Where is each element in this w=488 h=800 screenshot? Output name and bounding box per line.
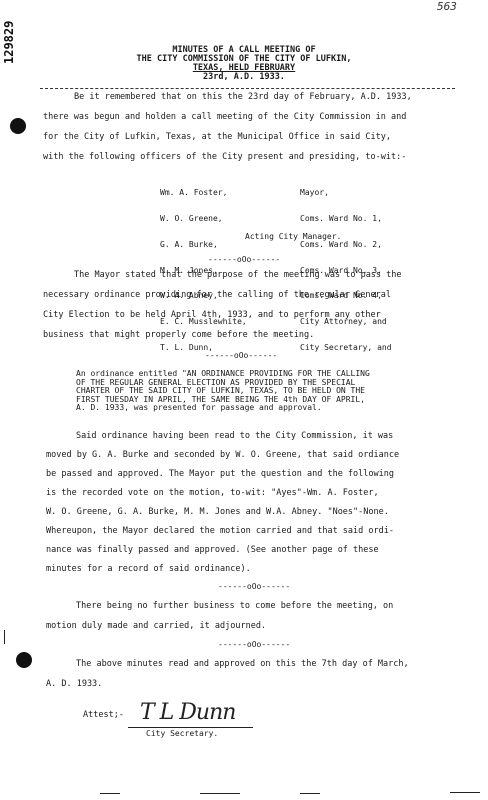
punch-hole-top [10, 118, 26, 134]
vote-line-6: Whereupon, the Mayor declared the motion… [46, 526, 394, 536]
scan-artifact [100, 793, 120, 794]
signature-line [128, 727, 253, 728]
roster-role: Mayor, [300, 189, 392, 198]
vote-line-4: is the recorded vote on the motion, to-w… [46, 488, 379, 498]
purpose-line-4: business that might properly come before… [43, 330, 314, 340]
vote-line-2: moved by G. A. Burke and seconded by W. … [46, 450, 399, 460]
opening-line-1: Be it remembered that on this the 23rd d… [74, 92, 412, 102]
vote-line-7: nance was finally passed and approved. (… [46, 545, 379, 555]
title-line-4: 23rd, A.D. 1933. [0, 73, 488, 82]
roster-role: Coms. Ward No. 2, [300, 241, 392, 250]
ordinance-line: A. D. 1933, was presented for passage an… [76, 404, 370, 413]
separator-2: ------oOo------ [205, 351, 277, 360]
punch-hole-bottom [16, 652, 32, 668]
secretary-signature: T L Dunn [140, 700, 235, 725]
margin-mark [4, 630, 5, 644]
purpose-line-1: The Mayor stated that the purpose of the… [74, 270, 402, 280]
adjourn-line-2: motion duly made and carried, it adjourn… [46, 621, 266, 631]
scan-artifact [300, 793, 320, 794]
scan-artifact [200, 793, 240, 794]
roster-name: Wm. A. Foster, [160, 189, 247, 198]
separator-4: ------oOo------ [218, 640, 290, 649]
attest-label: Attest;- [83, 710, 124, 720]
roster-role: City Secretary, and [300, 344, 392, 353]
opening-line-4: with the following officers of the City … [43, 152, 406, 162]
approval-line-1: The above minutes read and approved on t… [76, 659, 409, 669]
ordinance-block: An ordinance entitled "AN ORDINANCE PROV… [76, 370, 370, 413]
page-number: 563 [437, 0, 457, 13]
roster-role: Coms. Ward No. 1, [300, 215, 392, 224]
scan-artifact [450, 792, 480, 793]
opening-line-2: there was begun and holden a call meetin… [43, 112, 406, 122]
adjourn-line-1: There being no further business to come … [76, 601, 393, 611]
roster-extra: Acting City Manager. [245, 233, 341, 242]
opening-line-3: for the City of Lufkin, Texas, at the Mu… [43, 132, 391, 142]
roster-name: G. A. Burke, [160, 241, 247, 250]
purpose-line-2: necessary ordinance providing for the ca… [43, 290, 391, 300]
vote-line-3: be passed and approved. The Mayor put th… [46, 469, 394, 479]
roster-name: W. O. Greene, [160, 215, 247, 224]
title-divider [40, 88, 455, 89]
separator-1: ------oOo------ [208, 255, 280, 264]
purpose-line-3: City Election to be held April 4th, 1933… [43, 310, 381, 320]
vote-line-5: W. O. Greene, G. A. Burke, M. M. Jones a… [46, 507, 389, 517]
attest-title: City Secretary. [146, 730, 218, 739]
vote-line-8: minutes for a record of said ordinance). [46, 564, 251, 574]
vote-line-1: Said ordinance having been read to the C… [76, 431, 393, 441]
approval-line-2: A. D. 1933. [46, 679, 102, 689]
separator-3: ------oOo------ [218, 582, 290, 591]
